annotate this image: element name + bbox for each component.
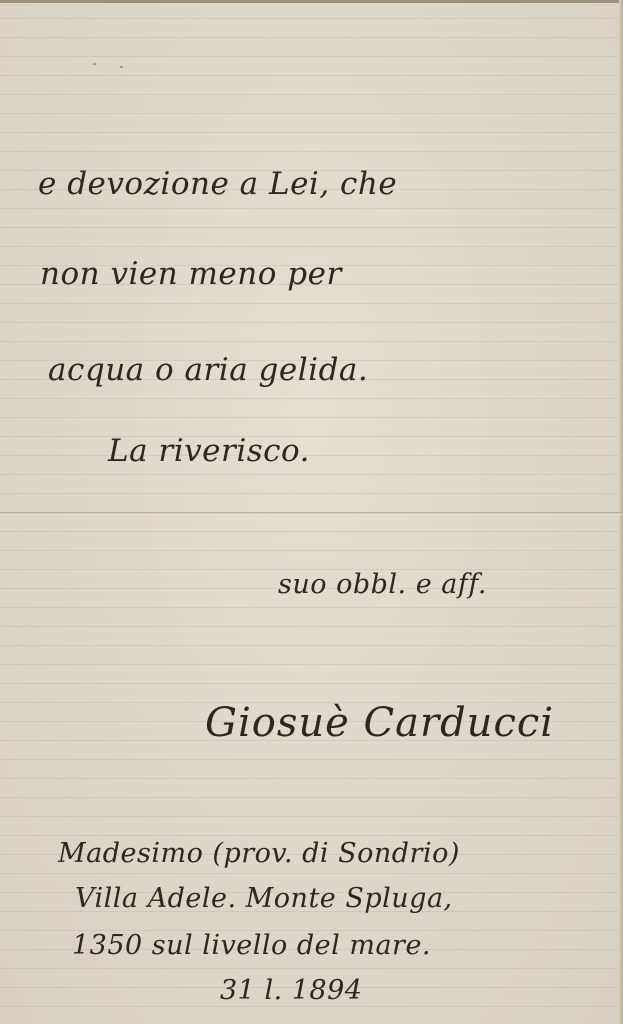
closing-formula: suo obbl. e aff. bbox=[278, 569, 487, 600]
letter-page: e devozione a Lei, che non vien meno per… bbox=[0, 0, 623, 1024]
body-line-4: La riverisco. bbox=[108, 433, 310, 469]
body-line-1: e devozione a Lei, che bbox=[38, 166, 397, 202]
address-line-1: Madesimo (prov. di Sondrio) bbox=[58, 838, 460, 869]
paper-fold-line bbox=[0, 512, 623, 515]
ink-speck bbox=[93, 63, 96, 65]
paper-top-edge bbox=[0, 0, 623, 3]
body-line-2: non vien meno per bbox=[40, 256, 342, 292]
address-line-3: 1350 sul livello del mare. bbox=[72, 930, 431, 961]
ink-speck bbox=[120, 66, 123, 68]
signature: Giosuè Carducci bbox=[205, 700, 554, 746]
body-line-3: acqua o aria gelida. bbox=[48, 352, 368, 388]
address-line-2: Villa Adele. Monte Spluga, bbox=[75, 883, 453, 914]
letter-date: 31 l. 1894 bbox=[220, 975, 362, 1006]
